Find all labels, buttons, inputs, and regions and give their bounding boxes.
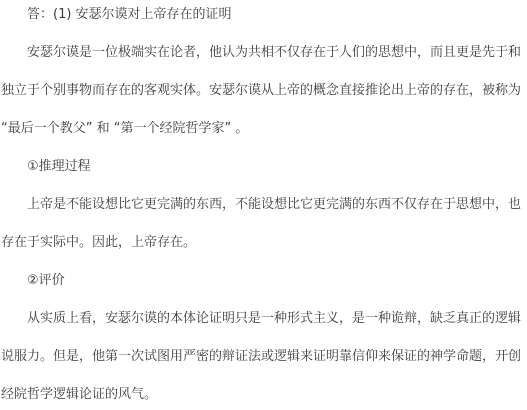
text-line: 说服力。但是，他第一次试图用严密的辩证法或逻辑来证明靠信仰来保证的神学命题，开创 (0, 338, 527, 376)
text-line: 独立于个别事物而存在的客观实体。安瑟尔谟从上帝的概念直接推论出上帝的存在，被称为 (0, 72, 527, 110)
answer-heading-line: 答：(1) 安瑟尔谟对上帝存在的证明 (0, 0, 527, 34)
text-line: “最后一个教父” 和 “第一个经院哲学家” 。 (0, 110, 527, 148)
text-line: 从实质上看，安瑟尔谟的本体论证明只是一种形式主义，是一种诡辩，缺乏真正的逻辑 (0, 300, 527, 338)
text-line: 存在于实际中。因此，上帝存在。 (0, 224, 527, 262)
text-line: 经院哲学逻辑论证的风气。 (0, 376, 527, 410)
text-line: 安瑟尔谟是一位极端实在论者，他认为共相不仅存在于人们的思想中，而且更是先于和 (0, 34, 527, 72)
section-heading-evaluation-line: ②评价 (0, 262, 527, 300)
answer-text-block: 答：(1) 安瑟尔谟对上帝存在的证明 安瑟尔谟是一位极端实在论者，他认为共相不仅… (0, 0, 527, 410)
document-page: 答：(1) 安瑟尔谟对上帝存在的证明 安瑟尔谟是一位极端实在论者，他认为共相不仅… (0, 0, 527, 410)
text-line: 上帝是不能设想比它更完满的东西，不能设想比它更完满的东西不仅存在于思想中，也 (0, 186, 527, 224)
section-heading-reasoning-line: ①推理过程 (0, 148, 527, 186)
